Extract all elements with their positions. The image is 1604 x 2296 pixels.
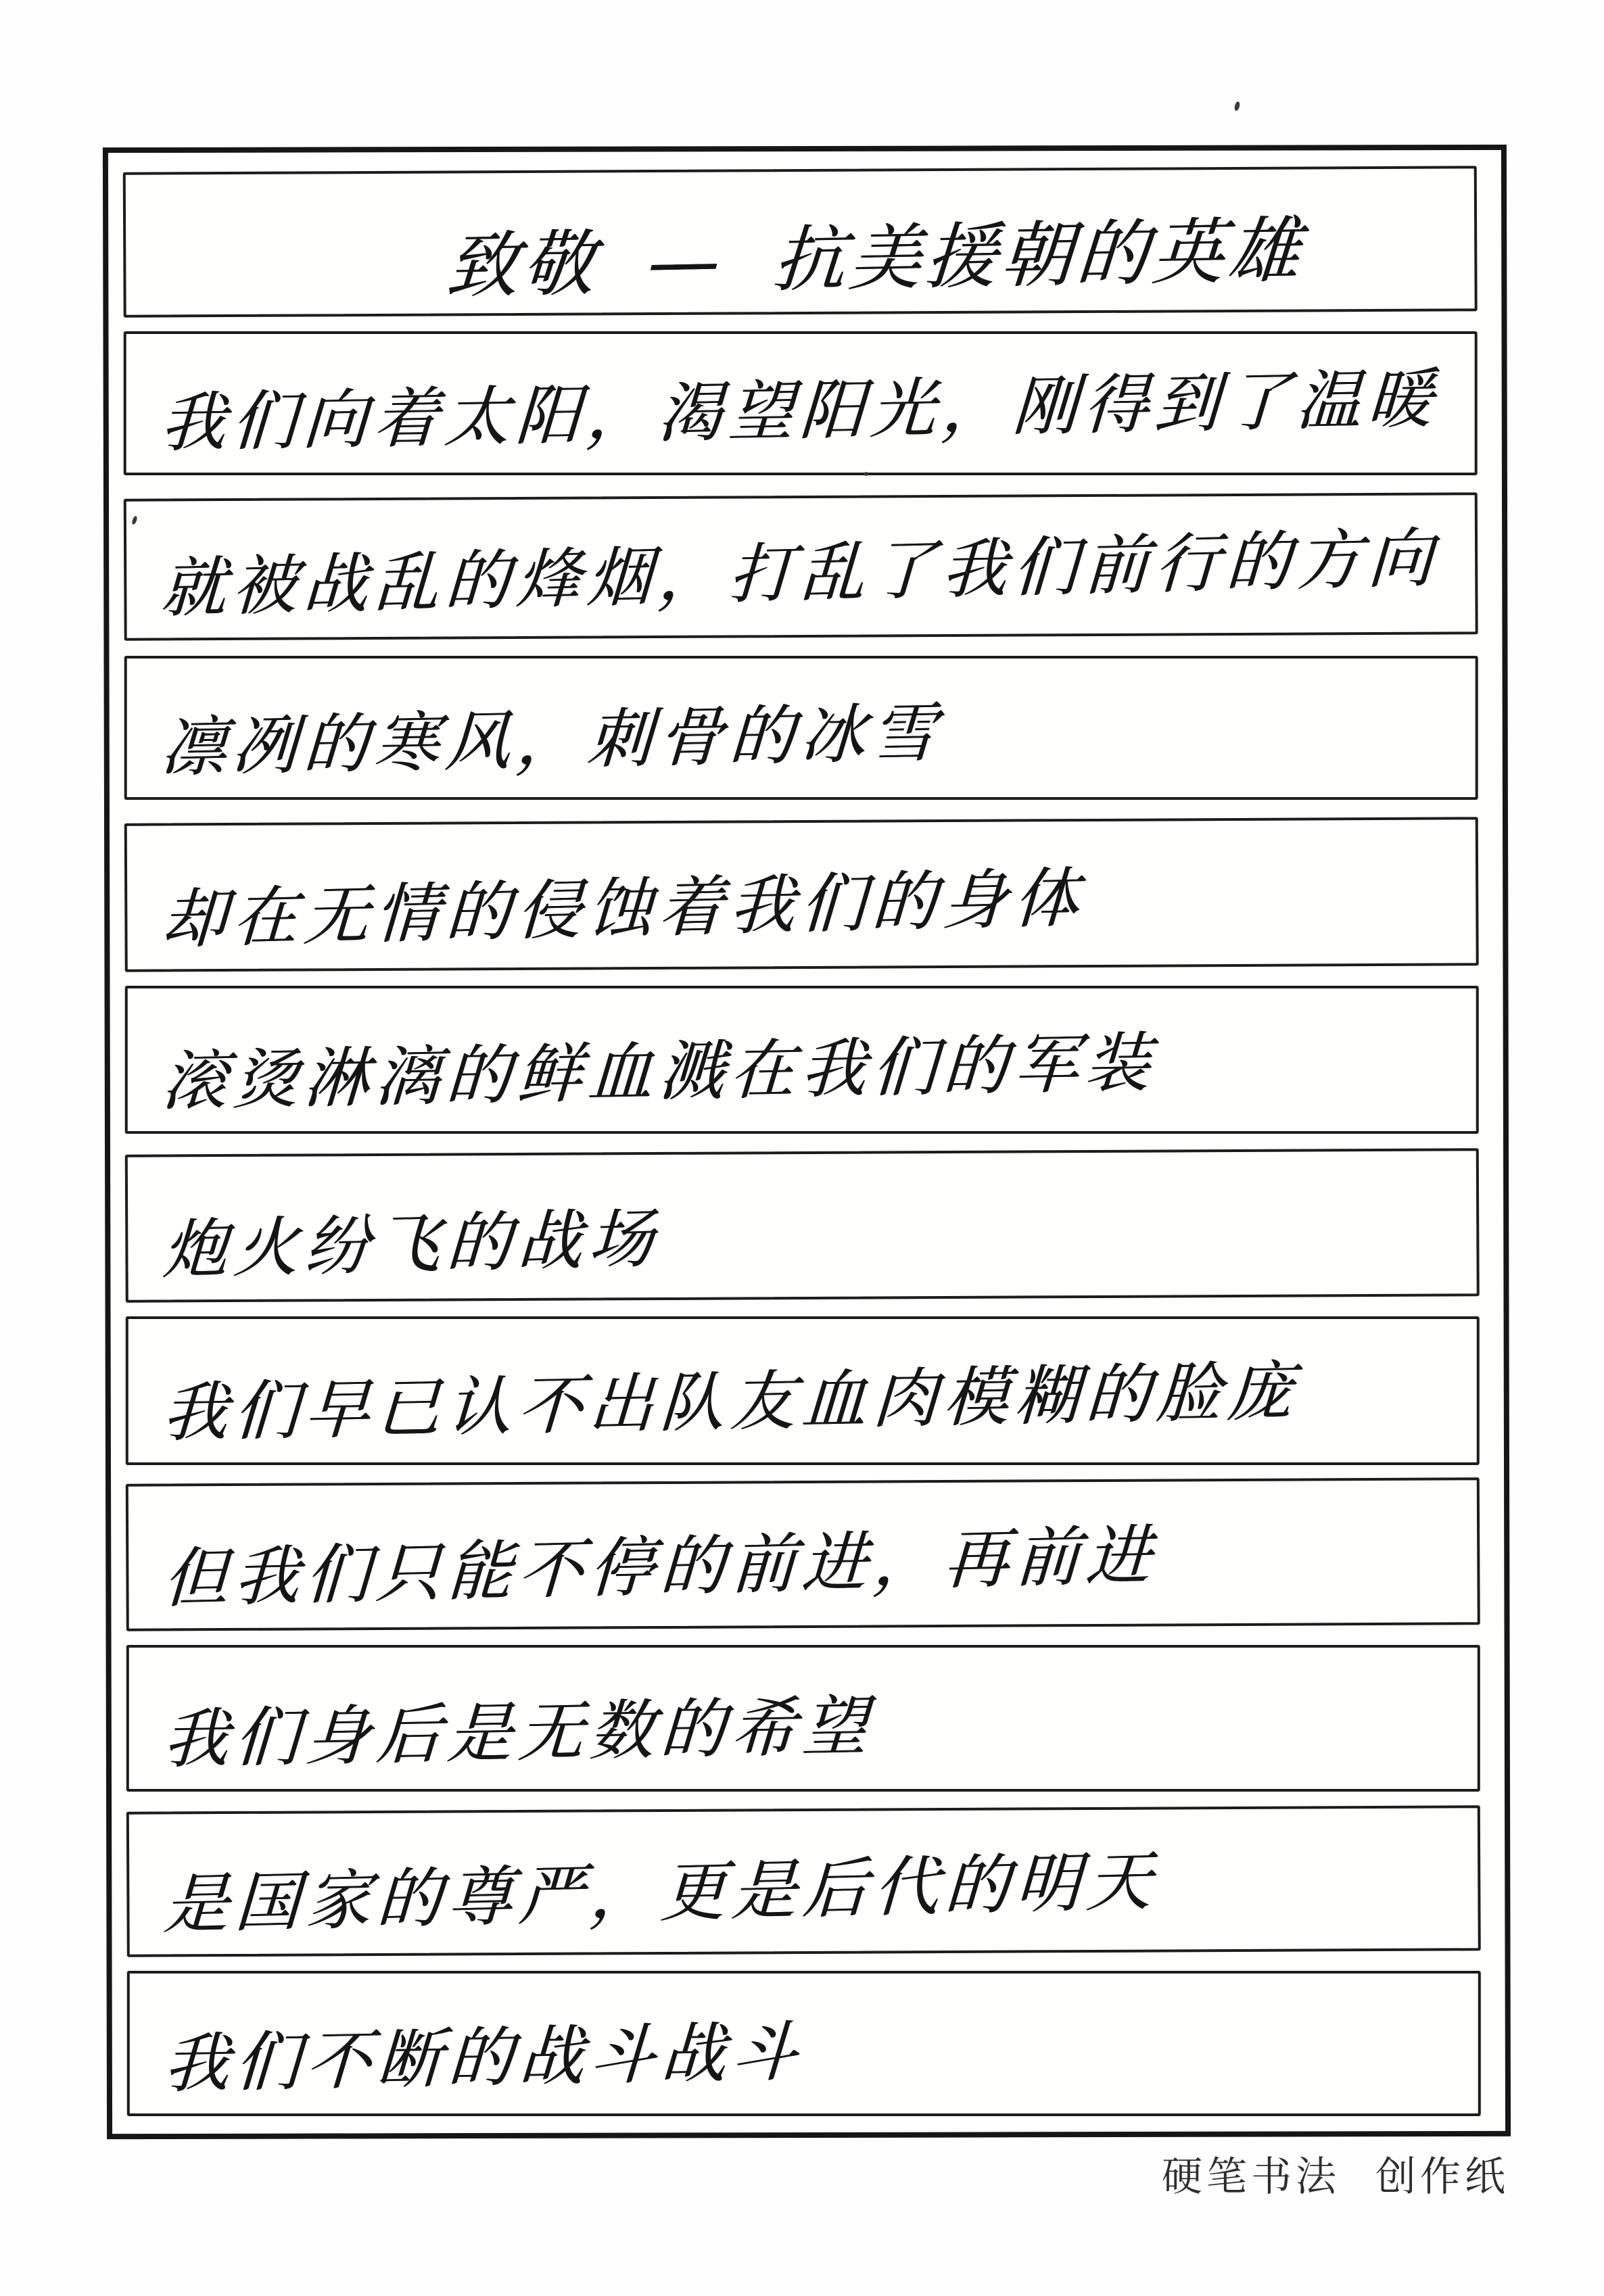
sheet-outer-border: 致敬 — 抗美援朝的英雄 我们向着太阳，渴望阳光，刚得到了温暖 就被战乱的烽烟，… [103, 145, 1511, 2139]
poem-line-10: 是国家的尊严，更是后代的明天 [126, 1805, 1481, 1957]
poem-line-1: 我们向着太阳，渴望阳光，刚得到了温暖 [124, 331, 1478, 475]
poem-line-5: 滚烫淋漓的鲜血溅在我们的军装 [125, 986, 1479, 1134]
poem-line-1-text: 我们向着太阳，渴望阳光，刚得到了温暖 [159, 365, 1440, 458]
poem-line-7-text: 我们早已认不出队友血肉模糊的脸庞 [161, 1358, 1300, 1448]
poem-line-6: 炮火纷飞的战场 [125, 1148, 1480, 1302]
poem-line-8: 但我们只能不停的前进，再前进 [126, 1477, 1480, 1631]
poem-line-5-text: 滚烫淋漓的鲜血溅在我们的军装 [160, 1029, 1158, 1116]
paper-brand-kind: 创作纸 [1375, 2153, 1509, 2201]
poem-line-9: 我们身后是无数的希望 [126, 1645, 1480, 1792]
poem-line-6-text: 炮火纷飞的战场 [161, 1205, 661, 1285]
poem-line-4-text: 却在无情的侵蚀着我们的身体 [160, 864, 1086, 955]
poem-line-3: 凛冽的寒风，刺骨的冰雪 [124, 656, 1478, 800]
poem-line-11-text: 我们不断的战斗战斗 [162, 2018, 805, 2099]
poem-line-9-text: 我们身后是无数的希望 [162, 1692, 875, 1774]
paper-brand-type: 硬笔书法 [1162, 2153, 1340, 2201]
poem-line-7: 我们早已认不出队友血肉模糊的脸庞 [126, 1316, 1480, 1465]
poem-line-8-text: 但我们只能不停的前进，再前进 [162, 1521, 1158, 1613]
paper-brand-label: 硬笔书法创作纸 [1162, 2145, 1509, 2203]
scanned-calligraphy-page: 致敬 — 抗美援朝的英雄 我们向着太阳，渴望阳光，刚得到了温暖 就被战乱的烽烟，… [0, 0, 1604, 2296]
poem-line-2: 就被战乱的烽烟，打乱了我们前行的方向 [124, 492, 1478, 640]
poem-line-11: 我们不断的战斗战斗 [127, 1971, 1481, 2116]
poem-line-10-text: 是国家的尊严，更是后代的明天 [162, 1847, 1159, 1939]
poem-line-3-text: 凛冽的寒风，刺骨的冰雪 [160, 699, 944, 782]
poem-title: 致敬 — 抗美援朝的英雄 [444, 212, 1306, 304]
poem-line-2-text: 就被战乱的烽烟，打乱了我们前行的方向 [160, 524, 1440, 623]
title-row: 致敬 — 抗美援朝的英雄 [123, 166, 1478, 317]
ink-speck [1233, 101, 1240, 111]
poem-line-4: 却在无情的侵蚀着我们的身体 [124, 817, 1479, 972]
ink-speck [864, 472, 868, 476]
